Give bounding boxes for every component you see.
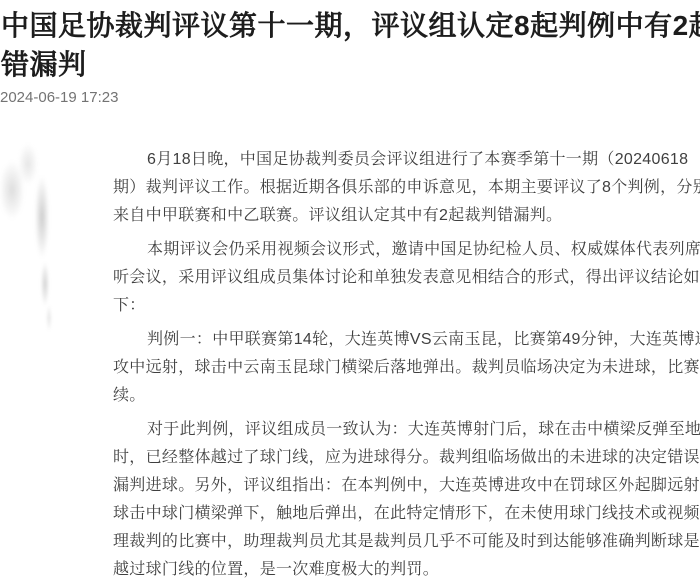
- paragraph-line: 越过球门线的位置，是一次难度极大的判罚。: [113, 556, 700, 584]
- paragraph-case-one-verdict: 对于此判例，评议组成员一致认为：大连英博射门后，球在击中横梁反弹至地面 时，已经…: [113, 416, 700, 584]
- paragraph-line: 漏判进球。另外，评议组指出：在本判例中，大连英博进攻中在罚球区外起脚远射，: [113, 472, 700, 500]
- paragraph-line: 判例一：中甲联赛第14轮，大连英博VS云南玉昆，比赛第49分钟，大连英博进: [113, 326, 700, 354]
- paragraph-intro: 6月18日晚，中国足协裁判委员会评议组进行了本赛季第十一期（20240618 期…: [113, 146, 700, 230]
- paragraph-line: 时，已经整体越过了球门线，应为进球得分。裁判组临场做出的未进球的决定错误，: [113, 444, 700, 472]
- paragraph-line: 攻中远射，球击中云南玉昆球门横梁后落地弹出。裁判员临场决定为未进球，比赛继: [113, 354, 700, 382]
- paragraph-line: 下：: [113, 292, 700, 320]
- paragraph-meeting-format: 本期评议会仍采用视频会议形式，邀请中国足协纪检人员、权威媒体代表列席旁 听会议，…: [113, 236, 700, 320]
- article-title-line-1: 中国足协裁判评议第十一期，评议组认定8起判例中有2起: [1, 6, 700, 45]
- publish-timestamp: 2024-06-19 17:23: [0, 88, 700, 108]
- paragraph-line: 本期评议会仍采用视频会议形式，邀请中国足协纪检人员、权威媒体代表列席旁: [113, 236, 700, 264]
- article-title: 中国足协裁判评议第十一期，评议组认定8起判例中有2起 错漏判: [0, 6, 700, 84]
- article-title-line-2: 错漏判: [1, 45, 700, 84]
- paragraph-line: 6月18日晚，中国足协裁判委员会评议组进行了本赛季第十一期（20240618: [113, 146, 700, 174]
- article-page: 中国足协裁判评议第十一期，评议组认定8起判例中有2起 错漏判 2024-06-1…: [0, 0, 700, 588]
- paragraph-line: 理裁判的比赛中，助理裁判员尤其是裁判员几乎不可能及时到达能够准确判断球是否: [113, 528, 700, 556]
- paragraph-line: 听会议，采用评议组成员集体讨论和单独发表意见相结合的形式，得出评议结论如: [113, 264, 700, 292]
- paragraph-line: 对于此判例，评议组成员一致认为：大连英博射门后，球在击中横梁反弹至地面: [113, 416, 700, 444]
- paragraph-line: 来自中甲联赛和中乙联赛。评议组认定其中有2起裁判错漏判。: [113, 202, 700, 230]
- article-body: 6月18日晚，中国足协裁判委员会评议组进行了本赛季第十一期（20240618 期…: [0, 146, 700, 584]
- paragraph-line: 球击中球门横梁弹下，触地后弹出，在此特定情形下，在未使用球门线技术或视频助: [113, 500, 700, 528]
- paragraph-case-one: 判例一：中甲联赛第14轮，大连英博VS云南玉昆，比赛第49分钟，大连英博进 攻中…: [113, 326, 700, 410]
- paragraph-line: 期）裁判评议工作。根据近期各俱乐部的申诉意见，本期主要评议了8个判例，分别: [113, 174, 700, 202]
- paragraph-line: 续。: [113, 382, 700, 410]
